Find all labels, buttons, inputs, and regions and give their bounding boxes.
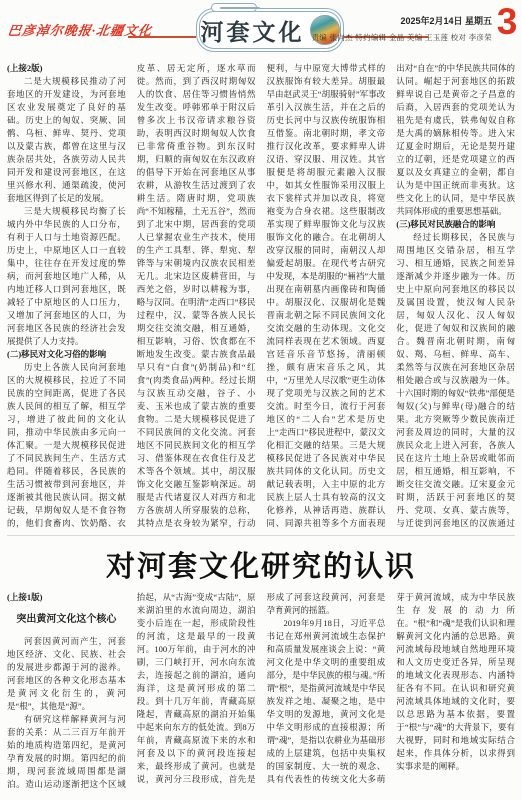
article-block-p: 二是大规模移民推动了河套地区的开发建设，为河套地区农业发展奠定了良好的基础。历史… (7, 75, 126, 205)
article-block-p: 三是大规模移民均衡了长城内外中华民族的人口分布，有利于人口与土地资源匹配。历史上… (7, 205, 126, 348)
header-rule-left (128, 36, 196, 38)
bottom-article-headline: 对河套文化研究的认识 (0, 544, 522, 585)
article-block-cont: (上接2版) (7, 62, 126, 75)
section-title: 河套文化 (201, 14, 305, 47)
staff-credits-line: 责编 张向杰 特约编辑 金晶 美编 王玉莲 校对 李彦荣 (312, 32, 493, 43)
header-info: 2025年2月14日 星期五 责编 张向杰 特约编辑 金晶 美编 王玉莲 校对 … (312, 14, 493, 43)
pen-scroll-icon (211, 3, 257, 12)
article-block-subhead: 突出黄河文化这个核心 (7, 613, 126, 626)
article-block-head: (二)移民对文化习俗的影响 (7, 348, 126, 361)
article-block-cont: (上接1版) (7, 591, 126, 604)
top-article-columns: (上接2版)二是大规模移民推动了河套地区的开发建设，为河套地区农业发展奠定了良好… (0, 62, 522, 532)
article-block-p: 河套因黄河而产生，河套地区经济、文化、民族、社会的发展进步都源于河的滋养。河套地… (7, 635, 126, 713)
section-divider (7, 535, 515, 536)
bottom-article-columns: (上接1版)突出黄河文化这个核心河套因黄河而产生，河套地区经济、文化、民族、社会… (0, 591, 522, 797)
page-number: 3 (492, 2, 522, 42)
page-header: 巴彦淖尔晚报·北疆文化 河套文化 2025年2月14日 星期五 责编 张向杰 特… (0, 0, 522, 58)
date-line: 2025年2月14日 星期五 (312, 14, 493, 27)
article-block-p: 2019年9月18日，习近平总书记在郑州黄河流域生态保护和高质量发展座谈会上说：… (267, 591, 516, 797)
article-block-head: (三)移民对民族融合的影响 (396, 218, 515, 231)
